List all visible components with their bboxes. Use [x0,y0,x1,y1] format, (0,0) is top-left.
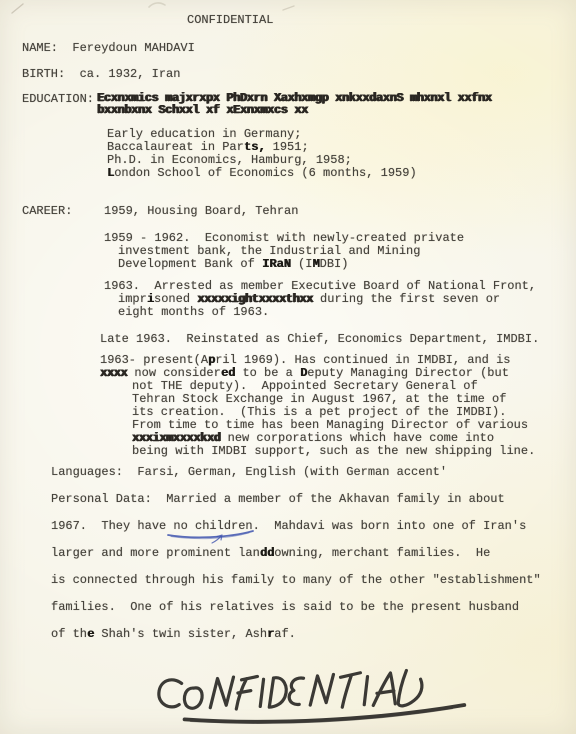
hand-letter-E [289,678,305,705]
hand-letter-I2 [364,677,369,705]
hand-letter-L [397,670,422,706]
hand-letter-N2 [309,674,334,705]
hand-letter-T [340,673,361,708]
hand-letter-D [269,677,287,707]
blue-underline-annotation [168,531,253,543]
hand-letter-N [209,677,234,708]
handwritten-confidential-stamp [147,660,479,733]
pencil-marks [12,3,294,13]
annotations-overlay [0,0,576,734]
hand-letter-F [235,676,258,709]
document-page: CONFIDENTIALNAME: Fereydoun MAHDAVIBIRTH… [0,0,576,734]
hand-letter-A [372,673,395,706]
hand-letter-I [260,679,265,706]
hand-letter-C [158,680,182,708]
hand-letter-O [184,688,202,709]
